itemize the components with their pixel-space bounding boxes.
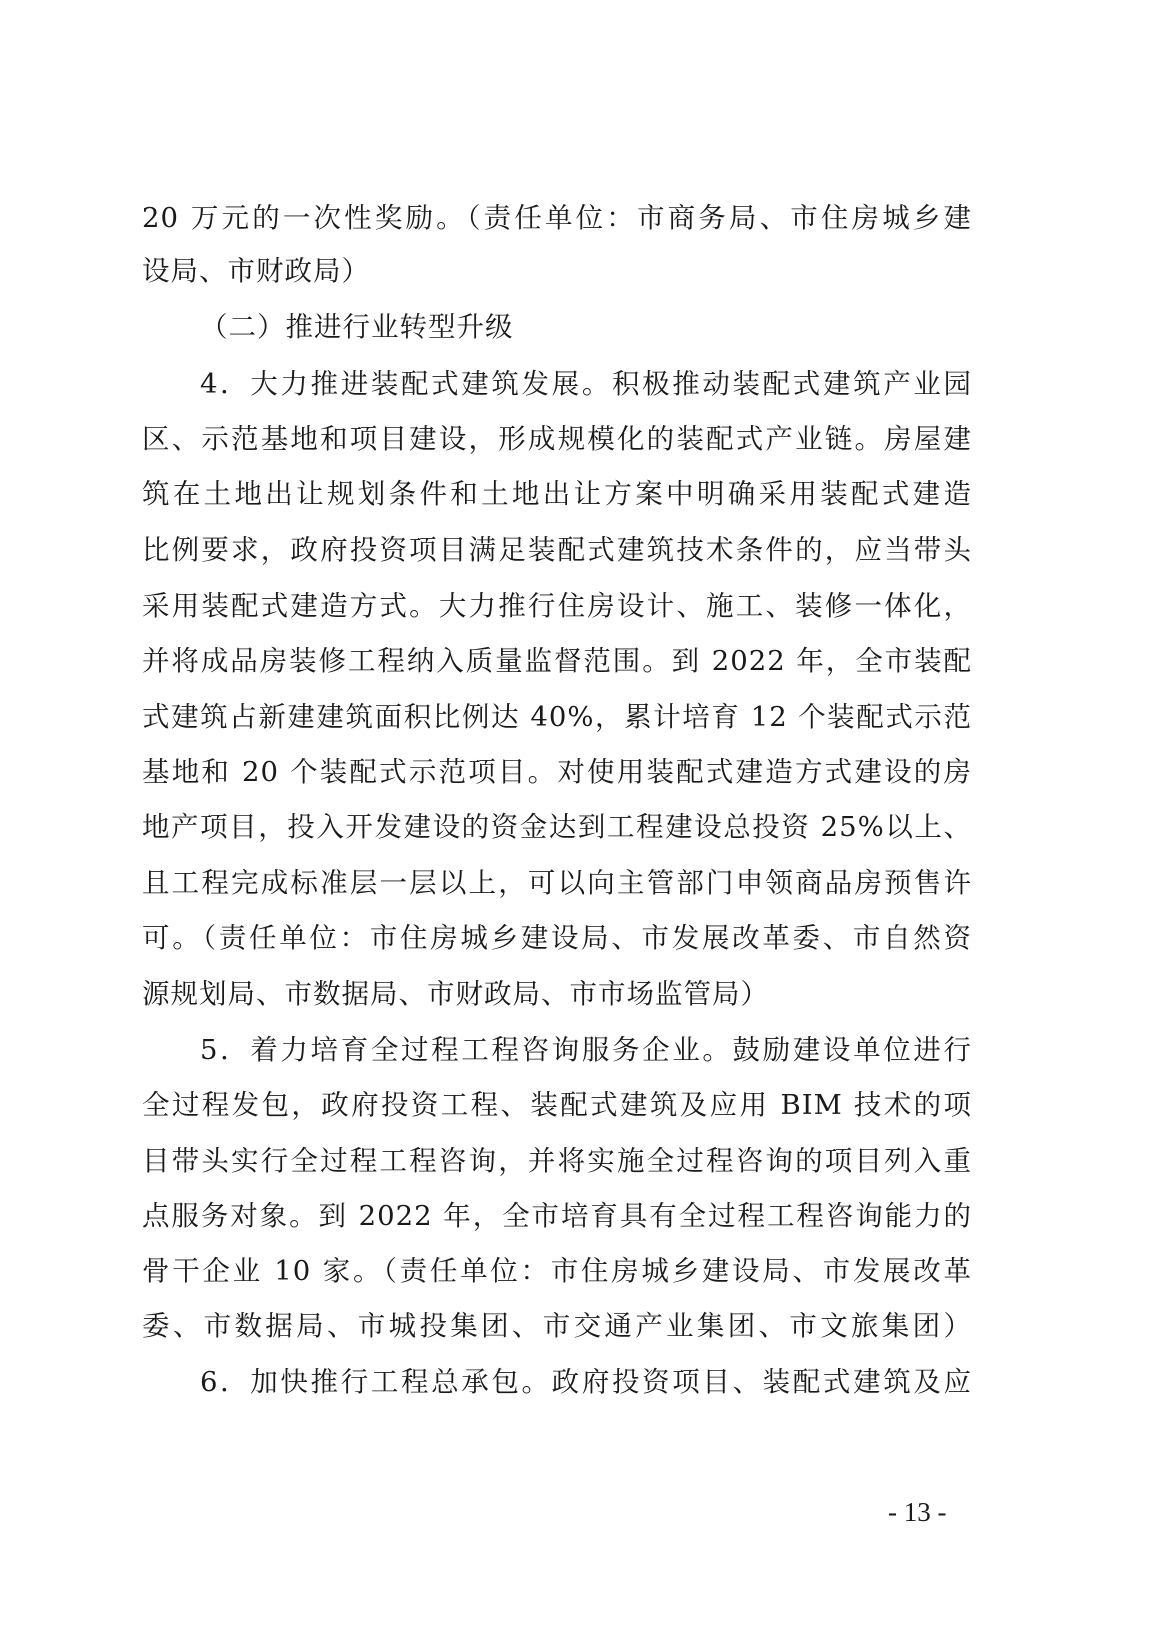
- text-line: 骨干企业 10 家。（责任单位：市住房城乡建设局、市发展改革: [142, 1251, 972, 1291]
- text-line: 委、市数据局、市城投集团、市交通产业集团、市文旅集团）: [142, 1306, 972, 1346]
- text-line: 源规划局、市数据局、市财政局、市市场监管局）: [142, 974, 972, 1014]
- text-line: 设局、市财政局）: [142, 251, 972, 291]
- text-line: 地产项目，投入开发建设的资金达到工程建设总投资 25%以上、: [142, 807, 972, 847]
- text-line: 可。（责任单位：市住房城乡建设局、市发展改革委、市自然资: [142, 918, 972, 958]
- text-line: 式建筑占新建建筑面积比例达 40%，累计培育 12 个装配式示范: [142, 697, 972, 737]
- text-line: 区、示范基地和项目建设，形成规模化的装配式产业链。房屋建: [142, 419, 972, 459]
- text-line: 比例要求，政府投资项目满足装配式建筑技术条件的，应当带头: [142, 530, 972, 570]
- item-heading-5: 5．着力培育全过程工程咨询服务企业。鼓励建设单位进行: [200, 1030, 972, 1070]
- text-line: 并将成品房装修工程纳入质量监督范围。到 2022 年，全市装配: [142, 641, 972, 681]
- text-line: 目带头实行全过程工程咨询，并将实施全过程咨询的项目列入重: [142, 1141, 972, 1181]
- text-line: 20 万元的一次性奖励。（责任单位：市商务局、市住房城乡建: [142, 198, 972, 238]
- page-number: - 13 -: [888, 1497, 946, 1528]
- text-line: 筑在土地出让规划条件和土地出让方案中明确采用装配式建造: [142, 474, 972, 514]
- text-line: 且工程完成标准层一层以上，可以向主管部门申领商品房预售许: [142, 863, 972, 903]
- text-line: 基地和 20 个装配式示范项目。对使用装配式建造方式建设的房: [142, 752, 972, 792]
- section-heading: （二）推进行业转型升级: [200, 307, 972, 347]
- item-heading-4: 4．大力推进装配式建筑发展。积极推动装配式建筑产业园: [200, 364, 972, 404]
- document-page: 20 万元的一次性奖励。（责任单位：市商务局、市住房城乡建 设局、市财政局） （…: [0, 0, 1158, 1637]
- text-line: 点服务对象。到 2022 年，全市培育具有全过程工程咨询能力的: [142, 1196, 972, 1236]
- text-line: 采用装配式建造方式。大力推行住房设计、施工、装修一体化，: [142, 586, 972, 626]
- text-line: 全过程发包，政府投资工程、装配式建筑及应用 BIM 技术的项: [142, 1085, 972, 1125]
- item-heading-6: 6．加快推行工程总承包。政府投资项目、装配式建筑及应: [200, 1362, 972, 1402]
